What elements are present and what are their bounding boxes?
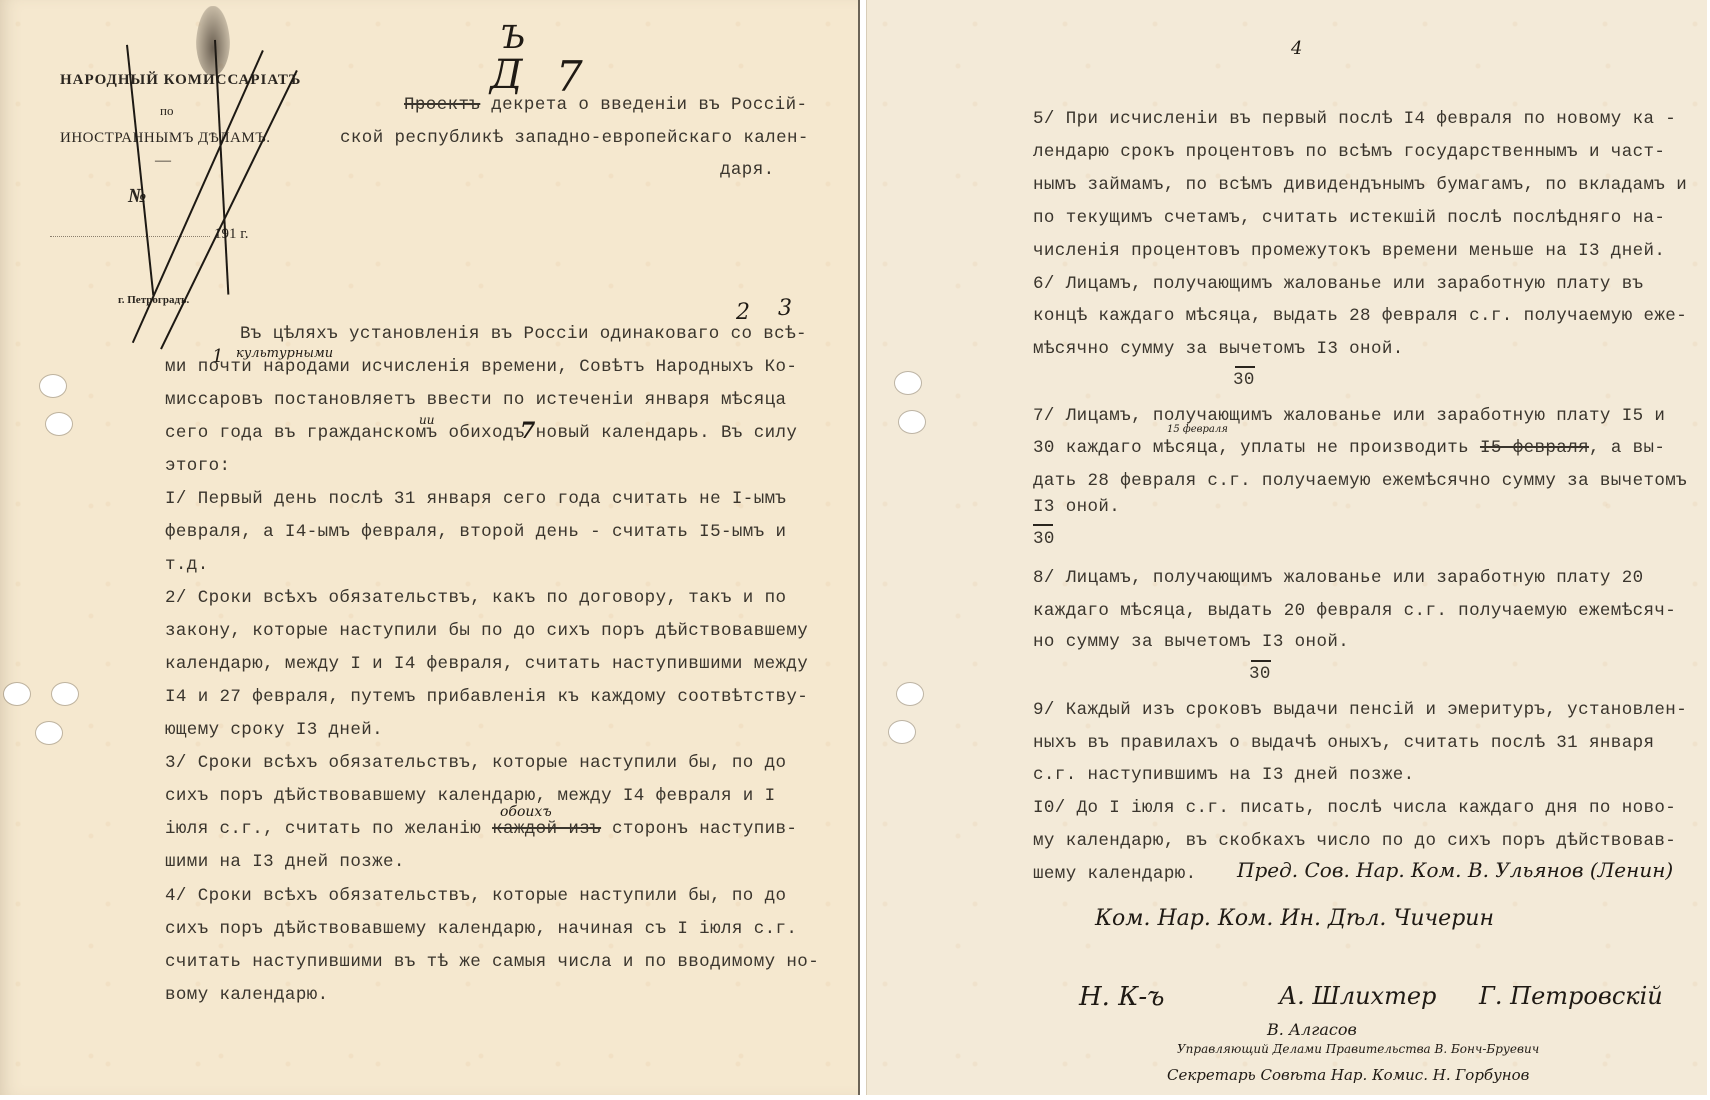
article-1-line: I/ Первый день послѣ 31 января сего года… — [165, 489, 786, 509]
struck-text: I5 февраля — [1480, 438, 1589, 458]
pen-stroke — [132, 50, 264, 343]
article-6-line: мѣсячно сумму за вычетомъ I3 оной. — [1033, 339, 1404, 359]
article-5-line: нымъ займамъ, по всѣмъ дивидендънымъ бум… — [1033, 175, 1687, 195]
pen-stroke — [160, 70, 298, 350]
punch-hole — [895, 372, 921, 394]
signature-nk: Н. К-ъ — [1079, 982, 1164, 1012]
article-3-line: шими на I3 дней позже. — [165, 852, 405, 872]
insertion-oboikh: обоихъ — [500, 804, 552, 820]
signature-bonch-bruevich: Управляющий Делами Правительства В. Бонч… — [1177, 1042, 1539, 1056]
article-7-line: 30 каждаго мѣсяца, уплаты не производить… — [1033, 438, 1665, 458]
article-9-line: ныхъ въ правилахъ о выдачѣ оныхъ, считат… — [1033, 733, 1654, 753]
article-5-line: лендарю срокъ процентовъ по всѣмъ госуда… — [1033, 142, 1665, 162]
signature-lenin: Пред. Сов. Нар. Ком. В. Ульянов (Ленин) — [1237, 858, 1673, 882]
body-line: этого: — [165, 456, 230, 476]
decree-title-line2: ской республикѣ западно-европейскаго кал… — [340, 128, 809, 148]
article-2-line: закону, которые наступили бы по до сихъ … — [165, 621, 808, 641]
decree-title-line3: даря. — [720, 160, 775, 180]
article-2-line: календарю, между I и I4 февраля, считать… — [165, 654, 808, 674]
punch-hole — [889, 721, 915, 743]
fraction-bar — [1235, 366, 1255, 368]
handwritten-mark-7: 7 — [556, 52, 583, 101]
body-line: сего года въ гражданскомъ обиходъ новый … — [165, 423, 797, 443]
article-4-line: вому календарю. — [165, 985, 329, 1005]
letterhead-line1: НАРОДНЫЙ КОМИССАРIАТЪ — [60, 72, 301, 89]
signature-petrovsky: Г. Петровскiй — [1479, 982, 1663, 1010]
body-line: ми почти народами исчисленiя времени, Со… — [165, 357, 797, 377]
signature-gorbunov: Секретарь Совѣта Нар. Комис. Н. Горбунов — [1167, 1066, 1529, 1084]
article-10-line: му календарю, въ скобкахъ число по до си… — [1033, 831, 1676, 851]
article-7-line: 7/ Лицамъ, получающимъ жалованье или зар… — [1033, 406, 1665, 426]
fraction-denominator: 30 — [1033, 529, 1055, 549]
struck-word-proekt: Проектъ — [404, 95, 480, 115]
fraction-bar — [1251, 660, 1271, 662]
article-5-line: 5/ При исчисленiи въ первый послѣ I4 фев… — [1033, 109, 1676, 129]
right-document-page: 4 5/ При исчисленiи въ первый послѣ I4 ф… — [866, 0, 1707, 1095]
left-document-page: НАРОДНЫЙ КОМИССАРIАТЪ по ИНОСТРАННЫМЪ ДѢ… — [0, 0, 860, 1095]
struck-text: каждой изъ — [492, 819, 601, 839]
letterhead-dash: — — [155, 152, 171, 170]
punch-hole — [40, 375, 66, 397]
fraction-bar — [1033, 524, 1053, 526]
date-dotted-line — [50, 236, 210, 237]
article-10-line: I0/ До I iюля с.г. писать, послѣ числа к… — [1033, 798, 1676, 818]
punch-hole — [52, 683, 78, 705]
fraction-denominator: 30 — [1249, 664, 1271, 684]
article-4-line: сихъ поръ дѣйствовавшему календарю, начи… — [165, 919, 797, 939]
handwritten-number-2: 2 — [736, 300, 750, 325]
insertion-15-february: 15 февраля — [1167, 424, 1228, 435]
signature-chicherin: Ком. Нар. Ком. Ин. Дѣл. Чичерин — [1095, 906, 1494, 931]
fraction-denominator: 30 — [1233, 370, 1255, 390]
article-3-line: 3/ Сроки всѣхъ обязательствъ, которые на… — [165, 753, 786, 773]
letterhead-line3: ИНОСТРАННЫМЪ ДѢЛАМЪ. — [60, 130, 271, 147]
article-9-line: 9/ Каждый изъ сроковъ выдачи пенсiй и эм… — [1033, 700, 1687, 720]
page-number: 4 — [1291, 38, 1302, 59]
punch-hole — [46, 413, 72, 435]
article-4-line: 4/ Сроки всѣхъ обязательствъ, которые на… — [165, 886, 786, 906]
handwritten-mark-d: Д — [490, 52, 523, 98]
article-1-line: февраля, а I4-ымъ февраля, второй день -… — [165, 522, 786, 542]
article-5-line: по текущимъ счетамъ, считать истекшiй по… — [1033, 208, 1665, 228]
body-line: Въ цѣляхъ установленiя въ Россiи одинако… — [240, 324, 807, 344]
article-10-line: шему календарю. — [1033, 864, 1197, 884]
article-6-line: концѣ каждаго мѣсяца, выдать 28 февраля … — [1033, 306, 1687, 326]
handwritten-number-3: 3 — [778, 296, 792, 321]
article-6-line: 6/ Лицамъ, получающимъ жалованье или зар… — [1033, 274, 1644, 294]
article-9-line: с.г. наступившимъ на I3 дней позже. — [1033, 765, 1415, 785]
article-8-line: 8/ Лицамъ, получающимъ жалованье или зар… — [1033, 568, 1644, 588]
article-2-line: I4 и 27 февраля, путемъ прибавленiя къ к… — [165, 687, 808, 707]
article-1-line: т.д. — [165, 555, 209, 575]
body-line: миссаровъ постановляетъ ввести по истече… — [165, 390, 786, 410]
handwritten-mark-b: Ъ — [500, 18, 525, 56]
punch-hole — [4, 683, 30, 705]
article-3-line: сихъ поръ дѣйствовавшему календарю, межд… — [165, 786, 776, 806]
punch-hole — [899, 411, 925, 433]
letterhead-line2: по — [160, 103, 173, 119]
ink-blot — [196, 6, 230, 76]
article-3-line: iюля с.г., считать по желанiю каждой изъ… — [165, 819, 797, 839]
punch-hole — [36, 722, 62, 744]
signature-shlikhter: А. Шлихтер — [1279, 982, 1436, 1010]
article-4-line: считать наступившими въ тѣ же самыя числ… — [165, 952, 819, 972]
article-8-line: каждаго мѣсяца, выдать 20 февраля с.г. п… — [1033, 601, 1676, 621]
signature-algasov: В. Алгасов — [1267, 1020, 1357, 1039]
article-8-line: но сумму за вычетомъ I3 оной. — [1033, 632, 1349, 652]
article-2-line: 2/ Сроки всѣхъ обязательствъ, какъ по до… — [165, 588, 786, 608]
article-7-line: дать 28 февраля с.г. получаемую ежемѣсяч… — [1033, 471, 1687, 491]
punch-hole — [897, 683, 923, 705]
article-7-line: I3 оной. — [1033, 497, 1120, 517]
article-2-line: ющему сроку I3 дней. — [165, 720, 383, 740]
article-5-line: численiя процентовъ промежутокъ времени … — [1033, 241, 1665, 261]
decree-title-line1: Проектъ декрета о введенiи въ Россiй- — [404, 95, 807, 115]
